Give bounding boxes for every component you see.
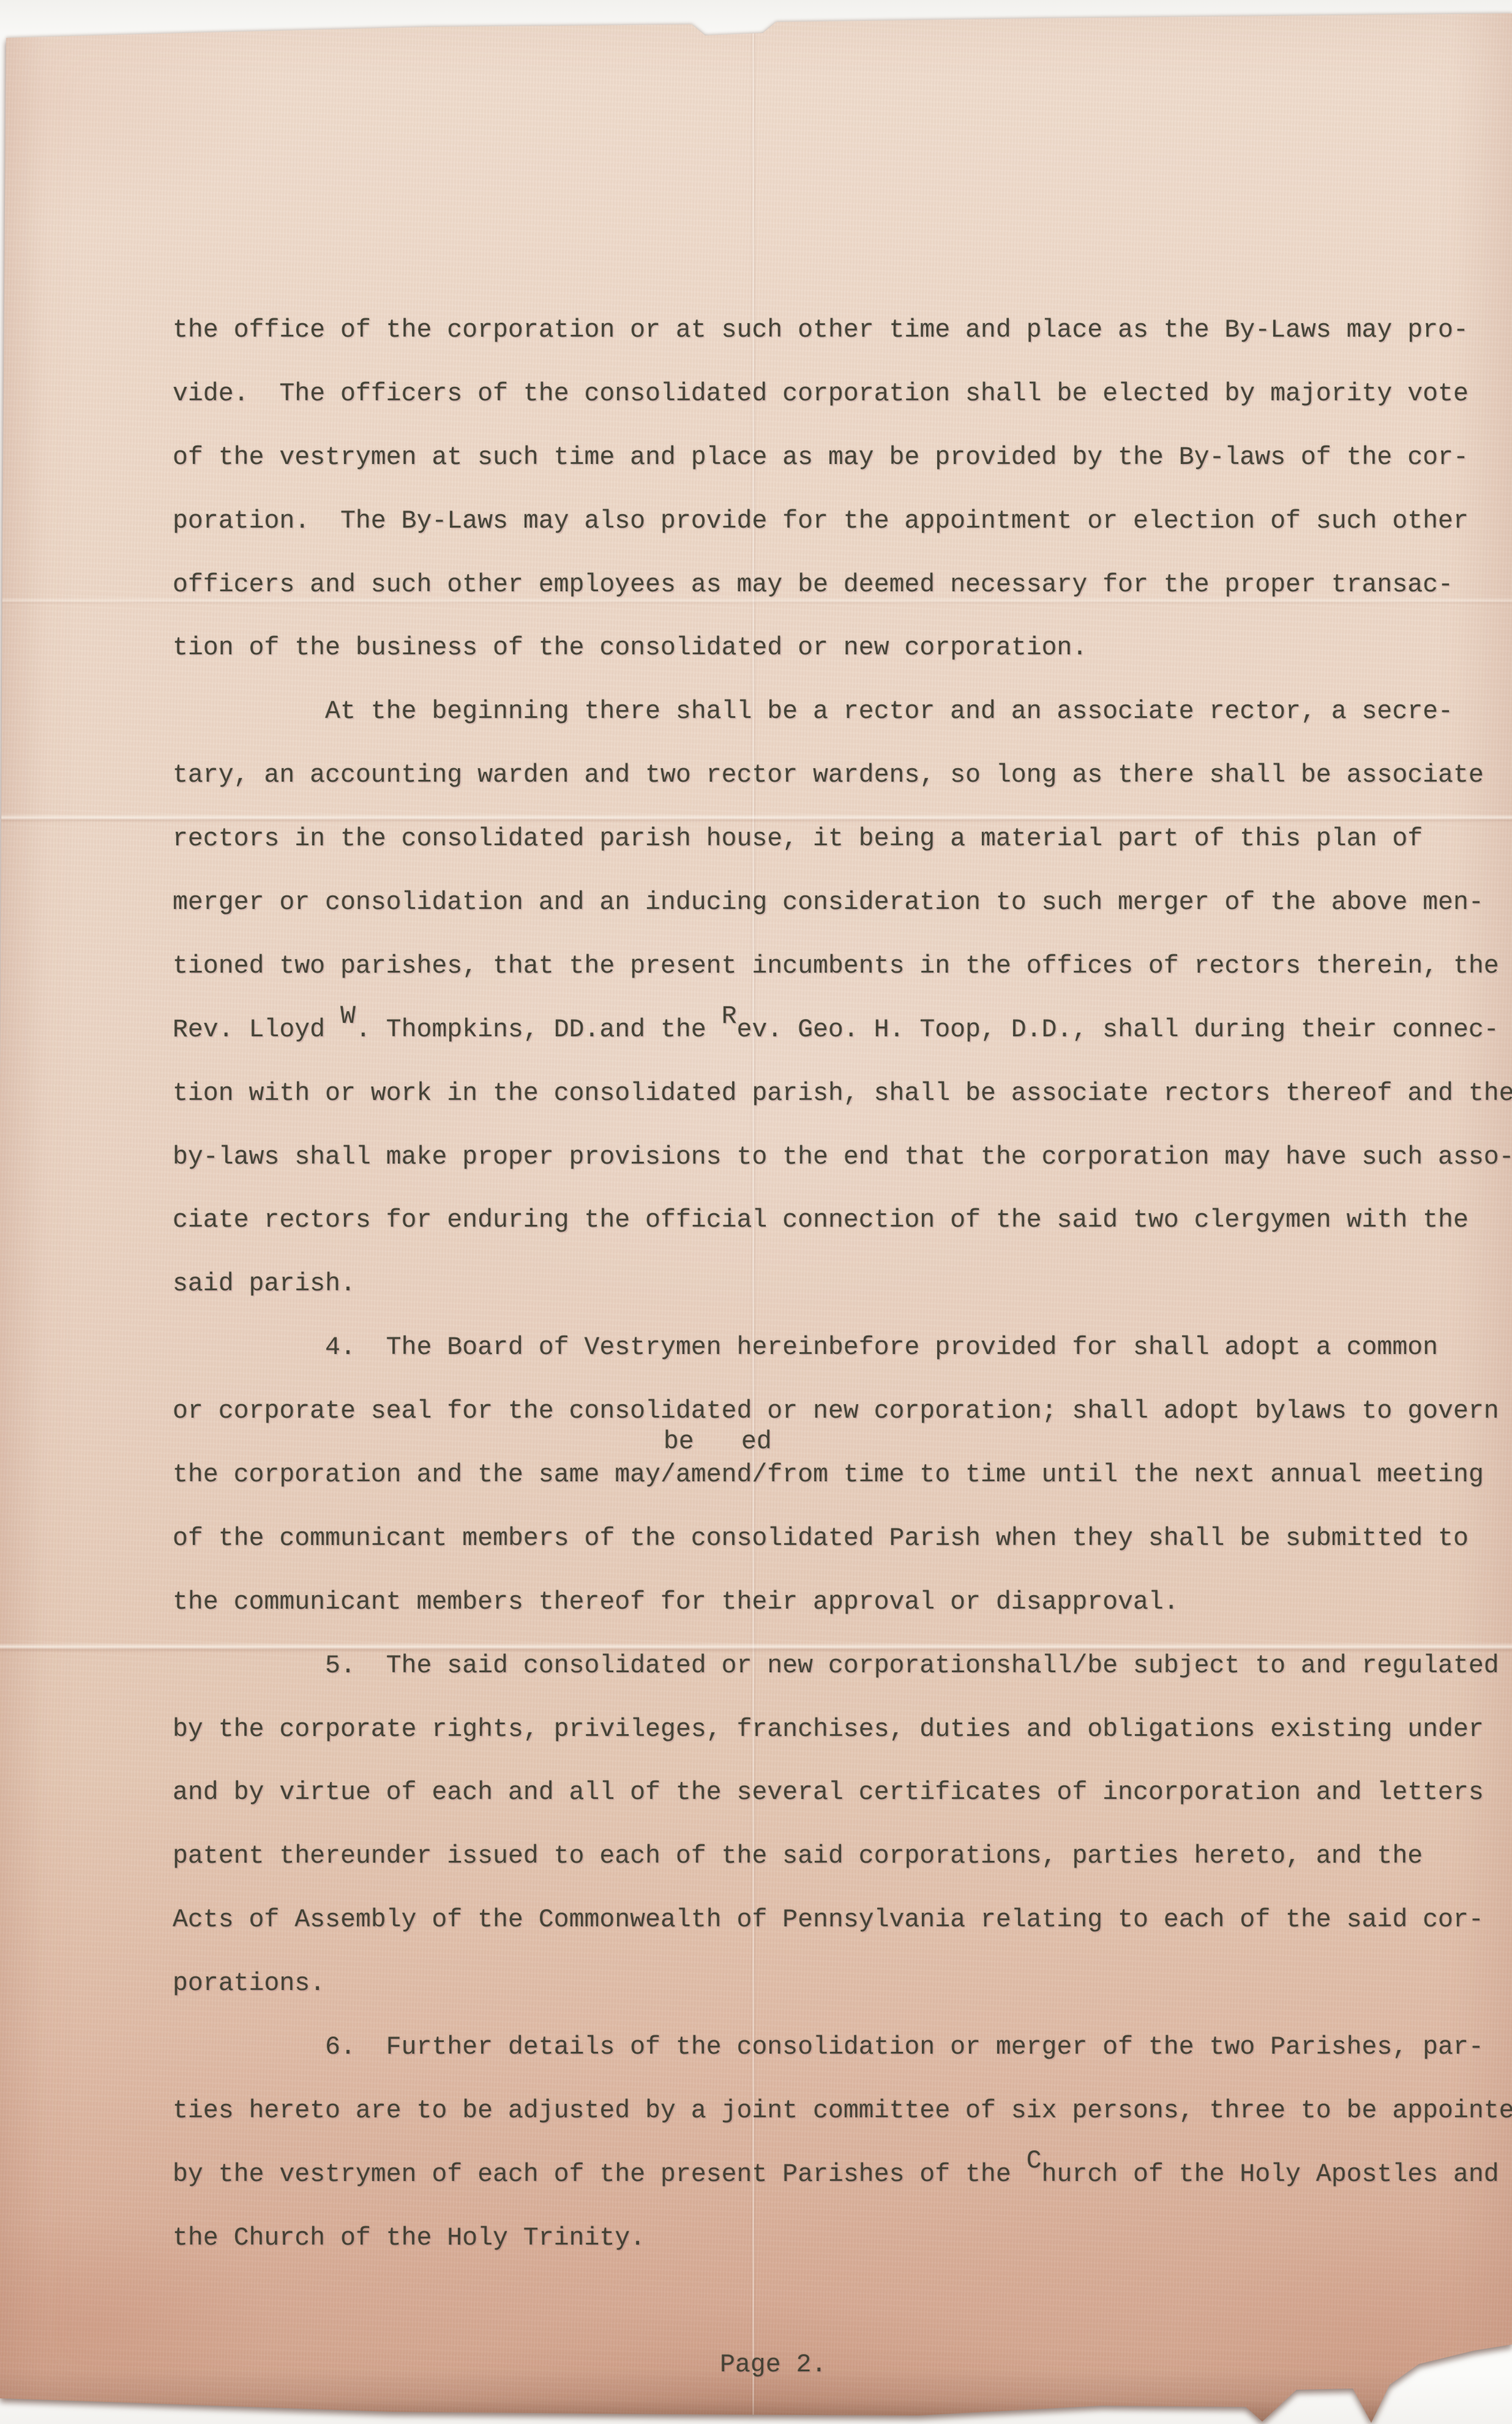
text-segment: tion with or work in the consolidated pa… bbox=[173, 1079, 1512, 1108]
text-segment: 6. Further details of the consolidation … bbox=[173, 2033, 1484, 2062]
paper-sheet: the office of the corporation or at such… bbox=[0, 0, 1512, 2424]
text-segment: or corporate seal for the consolidated o… bbox=[173, 1397, 1499, 1426]
text-segment: the corporation and the same may/amend/f… bbox=[173, 1461, 1484, 1489]
typed-line: rectors in the consolidated parish house… bbox=[173, 807, 1512, 871]
typed-line: merger or consolidation and an inducing … bbox=[173, 871, 1512, 935]
text-segment: Acts of Assembly of the Commonwealth of … bbox=[173, 1906, 1484, 1934]
text-segment: the office of the corporation or at such… bbox=[173, 316, 1469, 345]
paper-shadow: the office of the corporation or at such… bbox=[0, 0, 1512, 2424]
page-number: Page 2. bbox=[720, 2333, 826, 2397]
typed-line: 5. The said consolidated or new corporat… bbox=[173, 1634, 1512, 1698]
text-segment: merger or consolidation and an inducing … bbox=[173, 888, 1484, 917]
typed-line: and by virtue of each and all of the sev… bbox=[173, 1761, 1512, 1825]
raised-overstrike-character: R bbox=[722, 1002, 737, 1031]
text-segment: the Church of the Holy Trinity. bbox=[173, 2224, 645, 2253]
text-segment: by-laws shall make proper provisions to … bbox=[173, 1143, 1512, 1172]
typed-line: tion with or work in the consolidated pa… bbox=[173, 1062, 1512, 1126]
typed-line: tioned two parishes, that the present in… bbox=[173, 935, 1512, 998]
text-segment: porations. bbox=[173, 1969, 325, 1998]
typed-lines: the office of the corporation or at such… bbox=[173, 299, 1512, 2270]
text-segment: by the vestrymen of each of the present … bbox=[173, 2160, 1027, 2189]
typed-line: 4. The Board of Vestrymen hereinbefore p… bbox=[173, 1316, 1512, 1380]
text-segment: ties hereto are to be adjusted by a join… bbox=[173, 2097, 1512, 2125]
text-segment: tary, an accounting warden and two recto… bbox=[173, 761, 1484, 790]
text-segment: 5. The said consolidated or new corporat… bbox=[173, 1652, 1499, 1680]
typed-line: of the communicant members of the consol… bbox=[173, 1507, 1512, 1571]
typed-line: 6. Further details of the consolidation … bbox=[173, 2016, 1512, 2079]
typed-line: patent thereunder issued to each of the … bbox=[173, 1825, 1512, 1888]
text-segment: ev. Geo. H. Toop, D.D., shall during the… bbox=[736, 1016, 1499, 1044]
typed-line: the communicant members thereof for thei… bbox=[173, 1571, 1512, 1634]
text-segment: and by virtue of each and all of the sev… bbox=[173, 1778, 1484, 1807]
typed-line: vide. The officers of the consolidated c… bbox=[173, 362, 1512, 426]
text-segment: of the communicant members of the consol… bbox=[173, 1524, 1469, 1553]
typed-line: said parish. bbox=[173, 1252, 1512, 1316]
typed-line: or corporate seal for the consolidated o… bbox=[173, 1380, 1512, 1443]
interline-insertion: ed bbox=[741, 1427, 772, 1456]
typed-line: by the corporate rights, privileges, fra… bbox=[173, 1698, 1512, 1762]
typed-line: ciate rectors for enduring the official … bbox=[173, 1189, 1512, 1252]
text-segment: of the vestrymen at such time and place … bbox=[173, 443, 1469, 472]
raised-overstrike-character: W bbox=[340, 1002, 356, 1031]
typed-line: the corporation and the same may/amend/f… bbox=[173, 1443, 1512, 1507]
text-segment: poration. The By-Laws may also provide f… bbox=[173, 507, 1469, 536]
text-segment: said parish. bbox=[173, 1270, 356, 1298]
text-segment: ciate rectors for enduring the official … bbox=[173, 1206, 1469, 1235]
text-segment: the communicant members thereof for thei… bbox=[173, 1588, 1179, 1617]
raised-overstrike-character: C bbox=[1027, 2147, 1042, 2175]
text-segment: officers and such other employees as may… bbox=[173, 570, 1453, 599]
text-segment: tioned two parishes, that the present in… bbox=[173, 952, 1499, 981]
text-segment: tion of the business of the consolidated… bbox=[173, 634, 1087, 662]
typed-line: by-laws shall make proper provisions to … bbox=[173, 1126, 1512, 1189]
text-segment: At the beginning there shall be a rector… bbox=[173, 697, 1453, 726]
typed-line: porations. bbox=[173, 1952, 1512, 2016]
interline-insertion: be bbox=[664, 1427, 694, 1456]
typed-line: poration. The By-Laws may also provide f… bbox=[173, 490, 1512, 553]
typed-line: ties hereto are to be adjusted by a join… bbox=[173, 2079, 1512, 2143]
text-segment: hurch of the Holy Apostles and bbox=[1042, 2160, 1499, 2189]
text-segment: by the corporate rights, privileges, fra… bbox=[173, 1715, 1484, 1744]
scanned-document: the office of the corporation or at such… bbox=[0, 0, 1512, 2424]
typed-line: of the vestrymen at such time and place … bbox=[173, 426, 1512, 490]
typed-line: the office of the corporation or at such… bbox=[173, 299, 1512, 362]
typed-line: tion of the business of the consolidated… bbox=[173, 616, 1512, 680]
typed-line: officers and such other employees as may… bbox=[173, 553, 1512, 617]
typed-line: At the beginning there shall be a rector… bbox=[173, 680, 1512, 744]
typed-line: Rev. Lloyd W. Thompkins, DD.and the Rev.… bbox=[173, 998, 1512, 1062]
text-segment: . Thompkins, DD.and the bbox=[356, 1016, 722, 1044]
typed-line: Acts of Assembly of the Commonwealth of … bbox=[173, 1888, 1512, 1952]
typed-line: the Church of the Holy Trinity. bbox=[173, 2207, 1512, 2270]
text-segment: rectors in the consolidated parish house… bbox=[173, 825, 1423, 853]
typed-line: by the vestrymen of each of the present … bbox=[173, 2143, 1512, 2207]
typed-line: tary, an accounting warden and two recto… bbox=[173, 744, 1512, 807]
text-segment: 4. The Board of Vestrymen hereinbefore p… bbox=[173, 1333, 1438, 1362]
text-segment: Rev. Lloyd bbox=[173, 1016, 340, 1044]
text-segment: patent thereunder issued to each of the … bbox=[173, 1842, 1423, 1871]
text-segment: vide. The officers of the consolidated c… bbox=[173, 380, 1469, 408]
